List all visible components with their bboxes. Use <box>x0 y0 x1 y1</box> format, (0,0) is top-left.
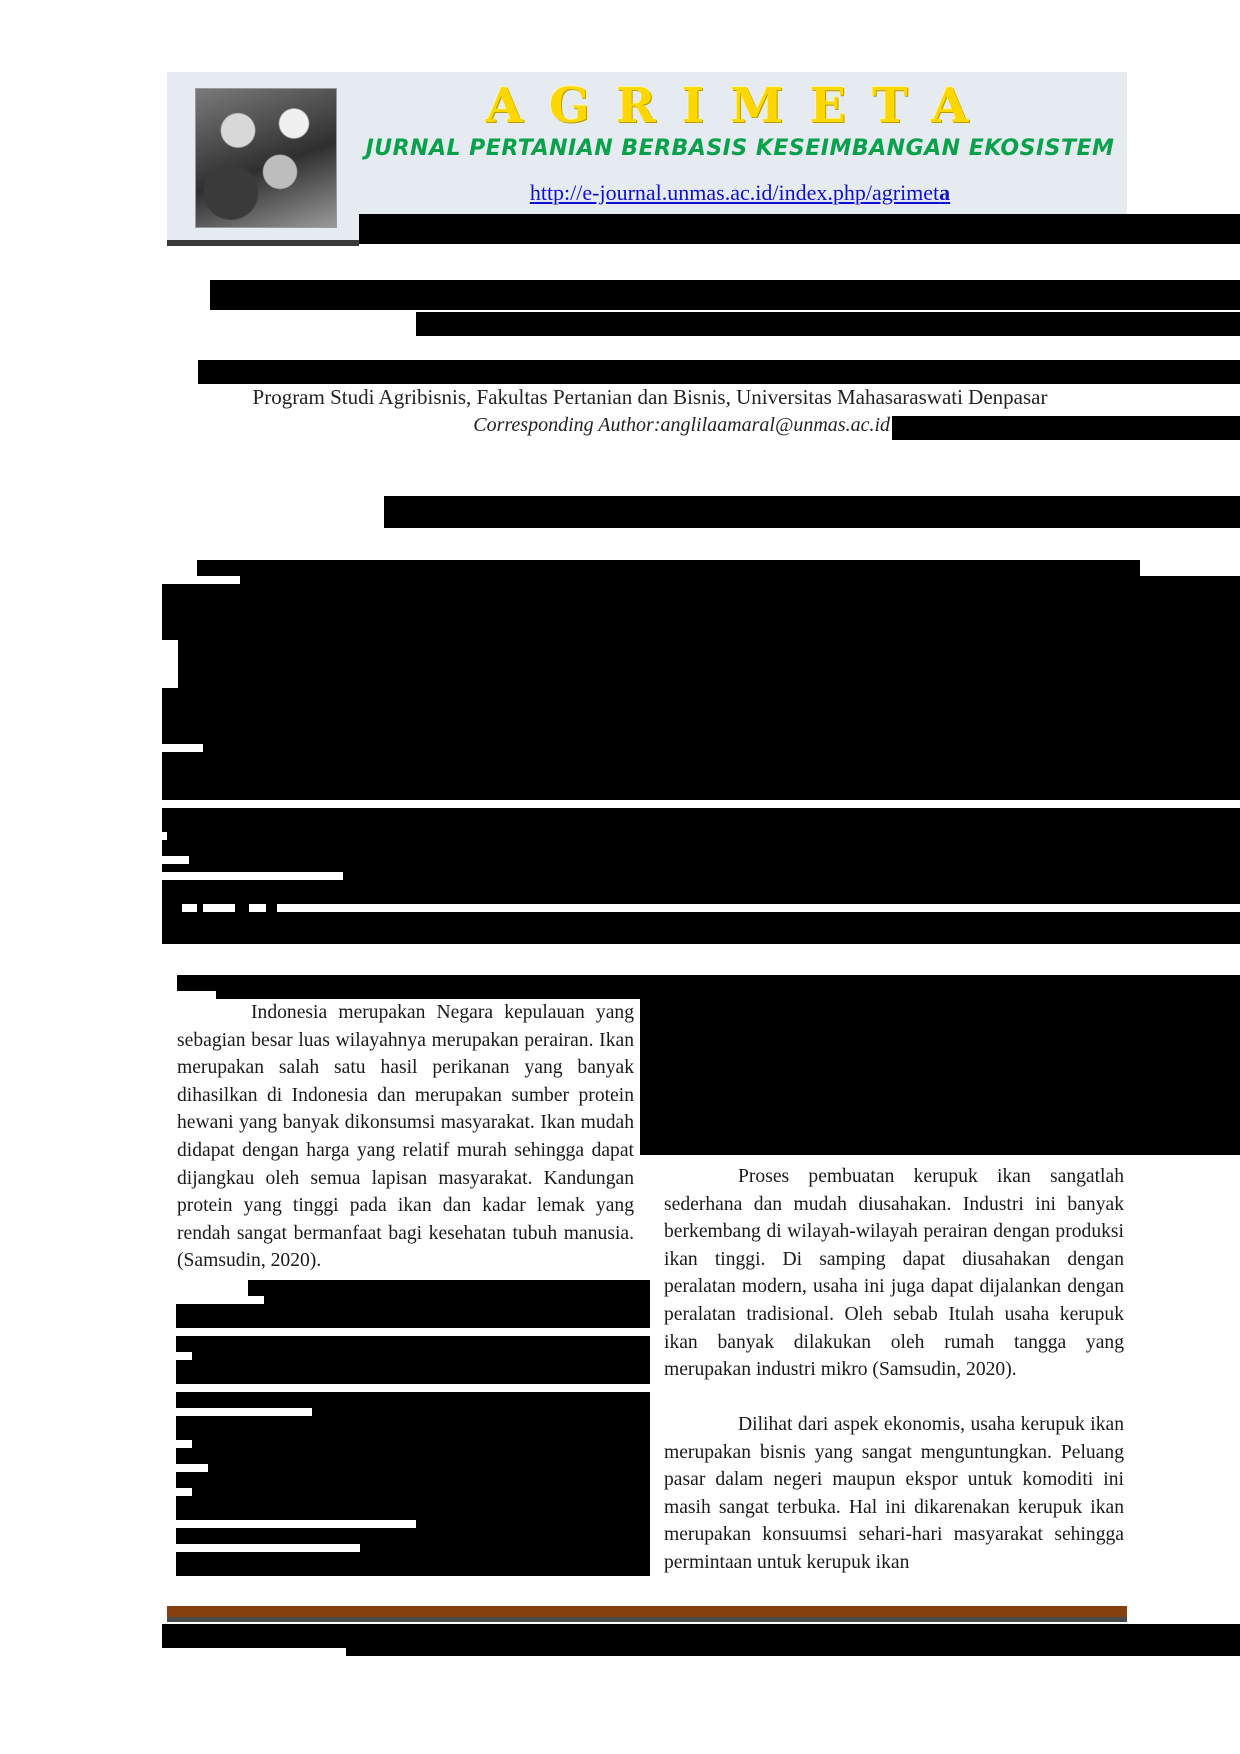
redaction-left-column <box>192 1440 650 1448</box>
corresponding-author-text: Corresponding Author:anglilaamaral@unmas… <box>200 414 890 437</box>
redaction-abstract <box>343 872 1240 880</box>
redaction-abstract-heading <box>384 496 1240 528</box>
redaction-left-column <box>176 1336 650 1352</box>
header-shadow <box>167 240 359 246</box>
redaction-footer <box>162 1624 1240 1648</box>
redaction-authors <box>198 360 1240 384</box>
redaction-left-column <box>176 1392 650 1408</box>
redaction-left-column <box>248 1280 650 1296</box>
redaction-keywords <box>162 904 182 912</box>
journal-brand-title: AGRIMETA <box>360 78 1120 134</box>
journal-url-last-char: a <box>939 180 950 205</box>
redaction-left-column <box>192 1488 650 1496</box>
redaction-margin <box>1126 1000 1240 1008</box>
redaction-abstract <box>162 584 1240 640</box>
redaction-abstract <box>442 768 1240 776</box>
redaction-abstract <box>197 560 1140 576</box>
redaction-abstract <box>162 840 1240 856</box>
redaction-abstract <box>293 824 1240 832</box>
redaction-abstract <box>193 776 1240 784</box>
redaction-left-column <box>176 1528 650 1544</box>
redaction-footer <box>346 1648 1240 1656</box>
redaction-left-column <box>416 1520 650 1528</box>
redaction-keywords <box>174 928 1240 944</box>
redaction-left-column <box>208 1464 650 1472</box>
redaction-abstract <box>162 808 1240 824</box>
redaction-abstract <box>240 576 1240 584</box>
redaction-block <box>892 416 1240 440</box>
redaction-abstract <box>540 688 1240 696</box>
body-paragraph: Indonesia merupakan Negara kepulauan yan… <box>177 999 634 1275</box>
redaction-title-line-2 <box>416 312 1240 336</box>
redaction-left-column <box>176 1552 650 1576</box>
redaction-abstract <box>178 640 1240 688</box>
redaction-keywords <box>162 880 1240 904</box>
redaction-abstract <box>162 784 1240 800</box>
redaction-left-column <box>176 1416 650 1440</box>
redaction-abstract <box>189 856 1240 864</box>
body-right-column-para-1: Proses pembuatan kerupuk ikan sangatlah … <box>664 1163 1124 1384</box>
redaction-abstract <box>167 832 1240 840</box>
redaction-left-column <box>176 1448 650 1464</box>
body-left-column: Indonesia merupakan Negara kepulauan yan… <box>177 999 634 1275</box>
redaction-abstract <box>162 864 1240 872</box>
redaction-keywords <box>266 904 277 912</box>
redaction-block <box>359 214 1240 244</box>
redaction-abstract <box>162 696 1240 744</box>
body-paragraph: Dilihat dari aspek ekonomis, usaha kerup… <box>664 1411 1124 1577</box>
footer-rule-shadow <box>167 1617 1127 1622</box>
redaction-left-column <box>176 1360 650 1384</box>
redaction-left-column <box>360 1544 650 1552</box>
cover-photo-image <box>195 88 337 228</box>
redaction-abstract <box>203 744 1240 752</box>
journal-subtitle: JURNAL PERTANIAN BERBASIS KESEIMBANGAN E… <box>360 136 1120 161</box>
body-right-column-para-2: Dilihat dari aspek ekonomis, usaha kerup… <box>664 1411 1124 1577</box>
redaction-left-column <box>176 1496 650 1520</box>
body-paragraph: Proses pembuatan kerupuk ikan sangatlah … <box>664 1163 1124 1384</box>
redaction-keywords <box>235 904 249 912</box>
redaction-left-column <box>312 1408 650 1416</box>
affiliation-text: Program Studi Agribisnis, Fakultas Perta… <box>200 385 1100 410</box>
redaction-left-column <box>192 1352 650 1360</box>
redaction-title-line-1 <box>210 280 1240 310</box>
journal-url-link[interactable]: http://e-journal.unmas.ac.id/index.php/a… <box>360 180 1120 206</box>
redaction-left-column <box>176 1304 650 1328</box>
redaction-keywords <box>197 904 203 912</box>
footer-rule <box>167 1606 1127 1617</box>
redaction-left-column <box>264 1296 650 1304</box>
redaction-left-column <box>176 1472 650 1488</box>
journal-url-main: http://e-journal.unmas.ac.id/index.php/a… <box>530 180 939 205</box>
